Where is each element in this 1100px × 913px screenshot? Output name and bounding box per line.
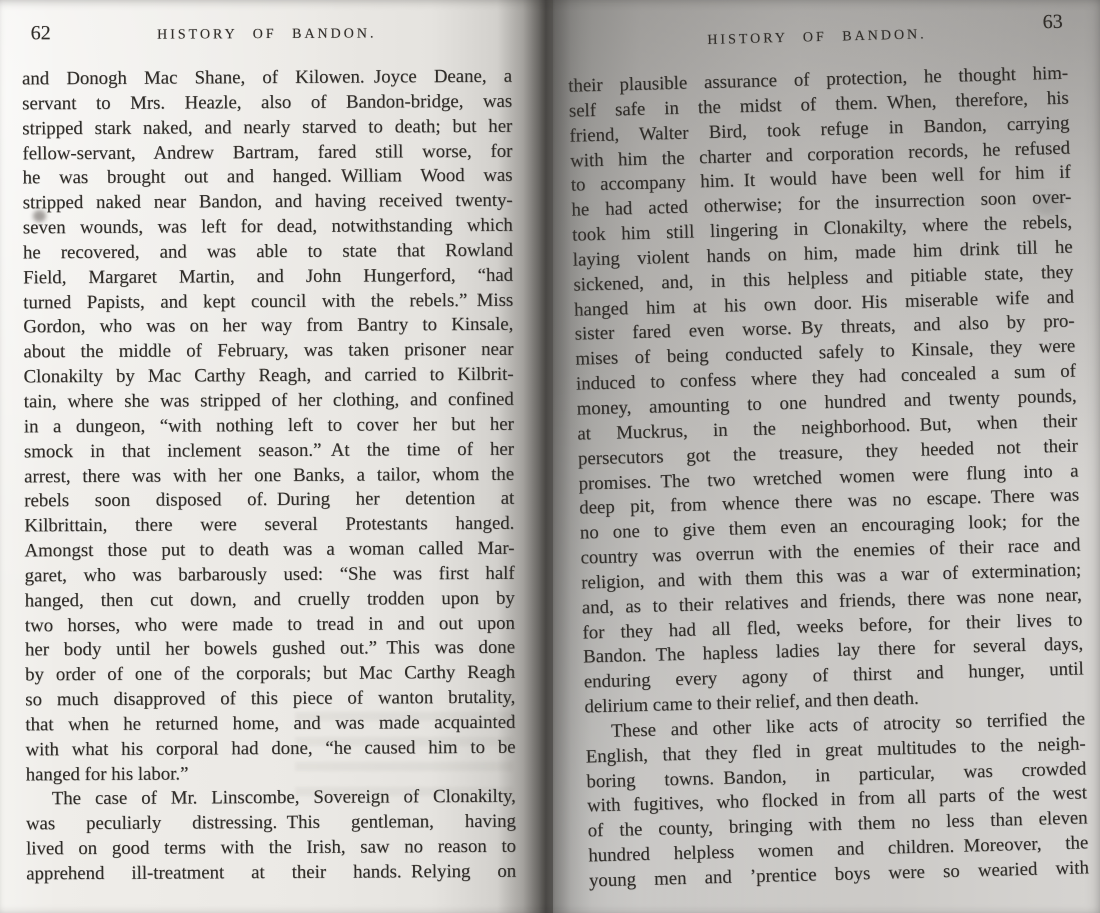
page-left-content: 62 HISTORY OF BANDON. and Donogh Mac Sha… [0,0,555,913]
text-line: smock in that inclement season.” At the … [24,437,514,464]
text-column-left: and Donogh Mac Shane, of Kilowen. Joyce … [22,65,516,887]
running-header-right: HISTORY OF BANDON. [567,24,1067,53]
text-line: hanged for his labor.” [26,760,516,787]
text-line: he recovered, and was able to state that… [23,239,513,266]
text-line: The case of Mr. Linscombe, Sovereign of … [26,785,516,812]
text-line: fellow-servant, Andrew Bartram, fared st… [22,139,512,166]
text-line: was peculiarly distressing. This gentlem… [26,810,516,837]
text-line: so much disapproved of this piece of wan… [25,686,515,713]
text-line: seven wounds, was left for dead, notwith… [23,214,513,241]
text-line: hanged, then cut down, and cruelly trodd… [25,586,515,613]
text-line: two horses, who were made to tread in an… [25,611,515,638]
text-line: Gordon, who was on her way from Bantry t… [23,313,513,340]
text-line: lived on good terms with the Irish, saw … [26,835,516,862]
text-line: Field, Margaret Martin, and John Hungerf… [23,264,513,291]
text-line: by order of one of the corporals; but Ma… [25,661,515,688]
text-line: Amongst those put to death was a woman c… [24,537,514,564]
text-line: Clonakilty by Mac Carthy Reagh, and carr… [24,363,514,390]
text-line: arrest, there was with her one Banks, a … [24,462,514,489]
page-right-content: HISTORY OF BANDON. 63 their plausible as… [566,0,1090,913]
text-line: servant to Mrs. Heazle, also of Bandon-b… [22,90,512,117]
page-number-right: 63 [1042,11,1063,35]
text-line: her body until her bowels gushed out.” T… [25,636,515,663]
text-line: Kilbrittain, there were several Protesta… [24,512,514,539]
text-line: rebels soon disposed of. During her dete… [24,487,514,514]
text-line: stripped stark naked, and nearly starved… [22,114,512,141]
text-line: about the middle of February, was taken … [23,338,513,365]
text-line: and Donogh Mac Shane, of Kilowen. Joyce … [22,65,512,92]
text-line: stripped naked near Bandon, and having r… [23,189,513,216]
book-scan: 62 HISTORY OF BANDON. and Donogh Mac Sha… [0,0,1100,913]
text-line: with what his corporal had done, “he cau… [25,736,515,763]
text-line: he was brought out and hanged. William W… [22,164,512,191]
text-line: garet, who was barbarously used: “She wa… [25,562,515,589]
text-line: turned Papists, and kept council with th… [23,288,513,315]
text-line: in a dungeon, “with nothing left to cove… [24,413,514,440]
text-line: apprehend ill-treatment at their hands. … [26,860,516,887]
text-line: that when he returned home, and was made… [25,711,515,738]
text-column-right: their plausible assurance of protection,… [568,62,1089,895]
text-line: tain, where she was stripped of her clot… [24,388,514,415]
running-header-left: HISTORY OF BANDON. [22,26,512,45]
